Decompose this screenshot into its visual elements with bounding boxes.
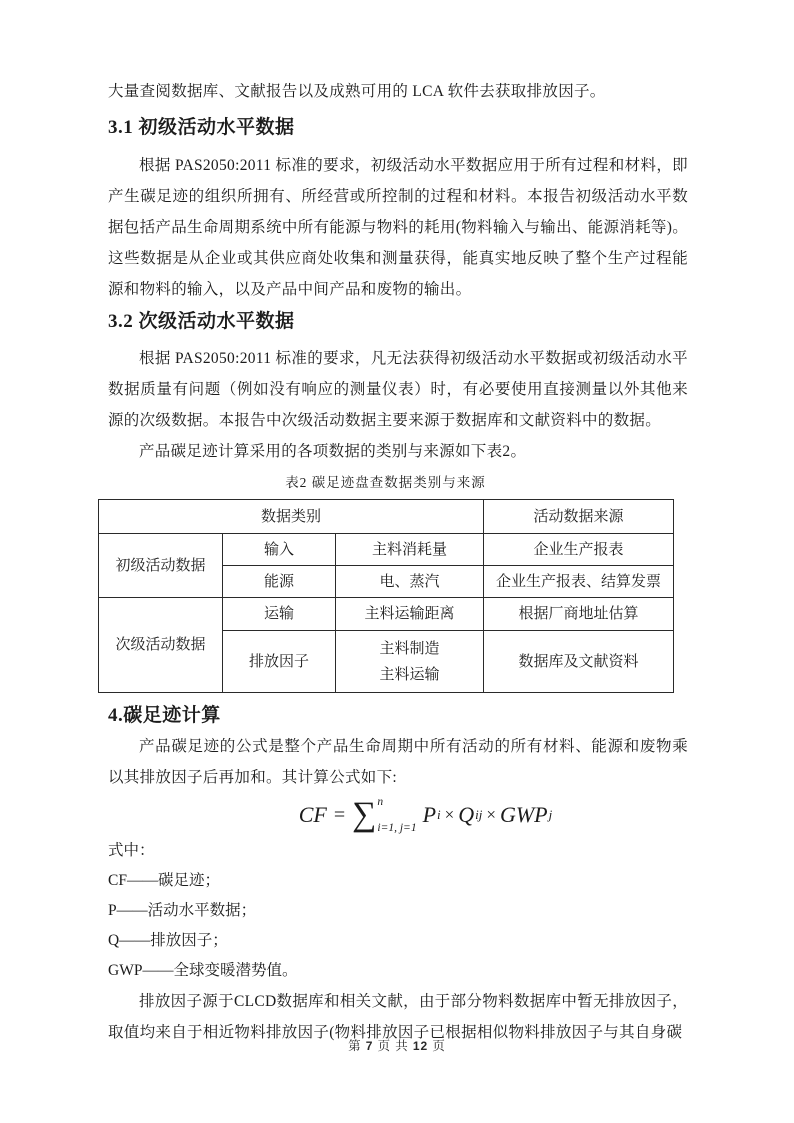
summation-sigma-symbol: ∑	[352, 798, 376, 832]
page-content: 大量查阅数据库、文献报告以及成熟可用的 LCA 软件去获取排放因子。 3.1 初…	[108, 76, 688, 1048]
cell-detail-transport-distance: 主料运输距离	[336, 598, 484, 631]
formula-subscript-j: j	[549, 807, 553, 823]
table-header-row: 数据类别 活动数据来源	[99, 500, 674, 534]
definition-cf: CF——碳足迹；	[108, 866, 688, 896]
footer-prefix: 第	[348, 1039, 362, 1053]
footer-total-pages: 12	[413, 1039, 428, 1053]
multiply-sign-1: ×	[445, 805, 455, 825]
intro-paragraph: 大量查阅数据库、文献报告以及成熟可用的 LCA 软件去获取排放因子。	[108, 76, 688, 107]
formula-equals-sign: =	[334, 804, 345, 827]
footer-page-number: 7	[366, 1039, 374, 1053]
formula-subscript-i: i	[437, 807, 441, 823]
section-heading-3-2: 3.2 次级活动水平数据	[108, 307, 688, 337]
cell-source-address-estimate: 根据厂商地址估算	[484, 598, 674, 631]
data-table: 数据类别 活动数据来源 初级活动数据 输入 主料消耗量 企业生产报表 能源 电、…	[98, 499, 674, 693]
table-header-source: 活动数据来源	[484, 500, 674, 534]
formula-cf-equation: CF = ∑ n i=1, j=1 P i × Q ij × GWP j	[108, 794, 688, 836]
cell-detail-manufacture-transport: 主料制造 主料运输	[336, 631, 484, 693]
footer-suffix: 页	[432, 1039, 446, 1053]
definition-gwp: GWP——全球变暖潜势值。	[108, 956, 688, 986]
table-row-input: 初级活动数据 输入 主料消耗量 企业生产报表	[99, 534, 674, 566]
page-footer: 第 7 页 共 12 页	[0, 1036, 794, 1054]
cell-group-secondary: 次级活动数据	[99, 598, 223, 693]
cell-source-report-invoice: 企业生产报表、结算发票	[484, 566, 674, 598]
cell-type-emission-factor: 排放因子	[223, 631, 336, 693]
cell-detail-consumption: 主料消耗量	[336, 534, 484, 566]
footer-middle: 页 共	[378, 1039, 409, 1053]
cell-type-input: 输入	[223, 534, 336, 566]
where-label: 式中：	[108, 836, 688, 866]
cell-detail-line-manufacture: 主料制造	[338, 636, 481, 662]
summation-upper-limit: n	[377, 797, 416, 808]
cell-type-energy: 能源	[223, 566, 336, 598]
formula-lhs-cf: CF	[299, 802, 327, 828]
document-page: 大量查阅数据库、文献报告以及成熟可用的 LCA 软件去获取排放因子。 3.1 初…	[0, 0, 794, 1123]
table-row-transport: 次级活动数据 运输 主料运输距离 根据厂商地址估算	[99, 598, 674, 631]
section-heading-4: 4.碳足迹计算	[108, 701, 688, 731]
formula-term-gwp: GWP	[500, 802, 548, 828]
formula-term-p: P	[423, 802, 436, 828]
table-header-category: 数据类别	[99, 500, 484, 534]
cell-source-database-literature: 数据库及文献资料	[484, 631, 674, 693]
cell-type-transport: 运输	[223, 598, 336, 631]
multiply-sign-2: ×	[486, 805, 496, 825]
paragraph-3-2: 根据 PAS2050:2011 标准的要求，凡无法获得初级活动水平数据或初级活动…	[108, 343, 688, 436]
definition-q: Q——排放因子；	[108, 926, 688, 956]
formula-subscript-ij: ij	[475, 807, 482, 823]
paragraph-3-1: 根据 PAS2050:2011 标准的要求，初级活动水平数据应用于所有过程和材料…	[108, 150, 688, 305]
cell-detail-line-transport: 主料运输	[338, 662, 481, 688]
table-caption: 表2 碳足迹盘查数据类别与来源	[98, 471, 673, 495]
summation-limits: n i=1, j=1	[377, 796, 416, 834]
section-heading-3-1: 3.1 初级活动水平数据	[108, 113, 688, 143]
cell-detail-electricity-steam: 电、蒸汽	[336, 566, 484, 598]
paragraph-table-ref: 产品碳足迹计算采用的各项数据的类别与来源如下表2。	[108, 436, 688, 467]
definition-p: P——活动水平数据；	[108, 896, 688, 926]
summation-lower-limit: i=1, j=1	[377, 823, 416, 834]
formula-term-q: Q	[458, 802, 474, 828]
paragraph-4: 产品碳足迹的公式是整个产品生命周期中所有活动的所有材料、能源和废物乘以其排放因子…	[108, 731, 688, 793]
cell-group-primary: 初级活动数据	[99, 534, 223, 598]
cell-source-production-report: 企业生产报表	[484, 534, 674, 566]
